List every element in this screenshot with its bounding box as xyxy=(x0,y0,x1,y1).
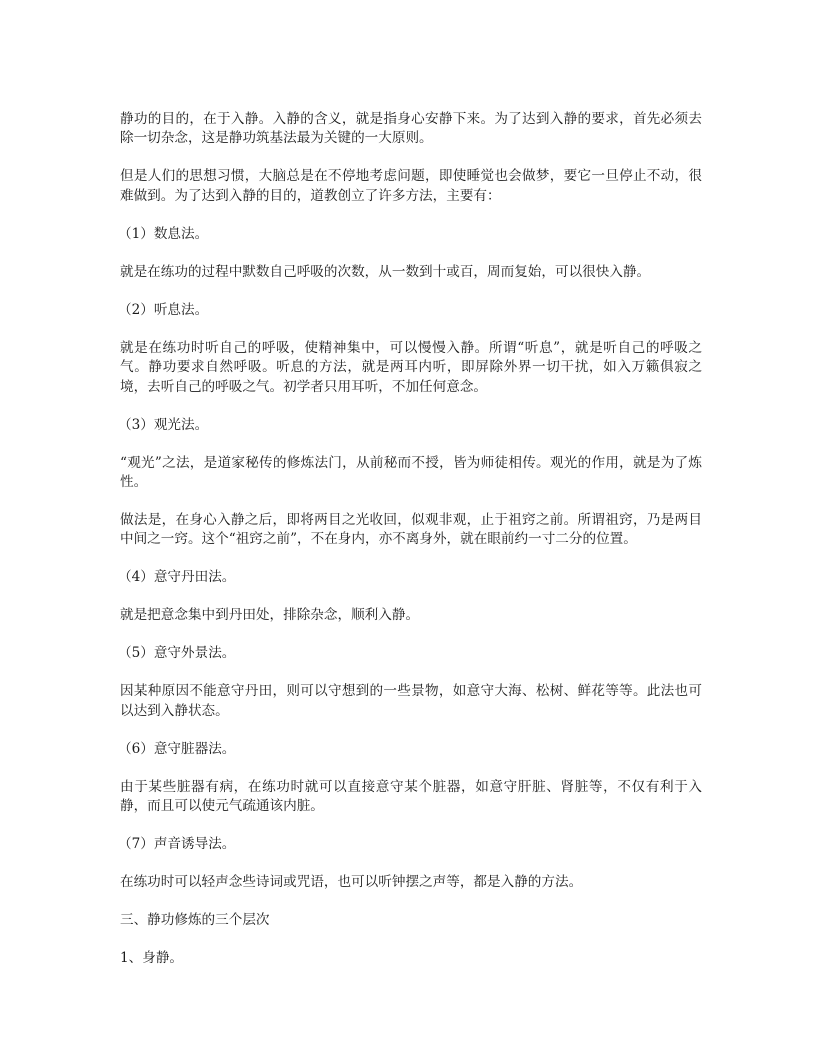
intro-paragraph: 静功的目的，在于入静。入静的含义，就是指身心安静下来。为了达到入静的要求，首先必… xyxy=(120,110,702,149)
method-5-title: （5）意守外景法。 xyxy=(118,644,702,663)
method-1-description: 就是在练功的过程中默数自己呼吸的次数，从一数到十或百，周而复始，可以很快入静。 xyxy=(120,263,702,282)
method-2-description: 就是在练功时听自己的呼吸，使精神集中，可以慢慢入静。所谓“听息”，就是听自己的呼… xyxy=(120,339,702,397)
method-5-description: 因某种原因不能意守丹田，则可以守想到的一些景物，如意守大海、松树、鲜花等等。此法… xyxy=(120,682,702,721)
method-7-title: （7）声音诱导法。 xyxy=(118,835,702,854)
section-heading: 三、静功修炼的三个层次 xyxy=(120,911,702,930)
method-6-title: （6）意守脏器法。 xyxy=(118,740,702,759)
method-4-description: 就是把意念集中到丹田处，排除杂念，顺利入静。 xyxy=(120,606,702,625)
method-3-title: （3）观光法。 xyxy=(118,416,702,435)
habit-paragraph: 但是人们的思想习惯，大脑总是在不停地考虑问题，即使睡觉也会做梦，要它一旦停止不动… xyxy=(120,167,702,206)
method-2-title: （2）听息法。 xyxy=(118,301,702,320)
method-3-description: “观光”之法，是道家秘传的修炼法门，从前秘而不授，皆为师徒相传。观光的作用，就是… xyxy=(120,454,702,493)
method-1-title: （1）数息法。 xyxy=(118,225,702,244)
method-7-description: 在练功时可以轻声念些诗词或咒语，也可以听钟摆之声等，都是入静的方法。 xyxy=(120,873,702,892)
document-page: 静功的目的，在于入静。入静的含义，就是指身心安静下来。为了达到入静的要求，首先必… xyxy=(120,110,702,987)
method-4-title: （4）意守丹田法。 xyxy=(118,568,702,587)
method-3-procedure: 做法是，在身心入静之后，即将两目之光收回，似观非观，止于祖窍之前。所谓祖窍，乃是… xyxy=(120,511,702,550)
method-6-description: 由于某些脏器有病，在练功时就可以直接意守某个脏器，如意守肝脏、肾脏等，不仅有利于… xyxy=(120,778,702,817)
subsection-heading: 1、身静。 xyxy=(120,949,702,968)
